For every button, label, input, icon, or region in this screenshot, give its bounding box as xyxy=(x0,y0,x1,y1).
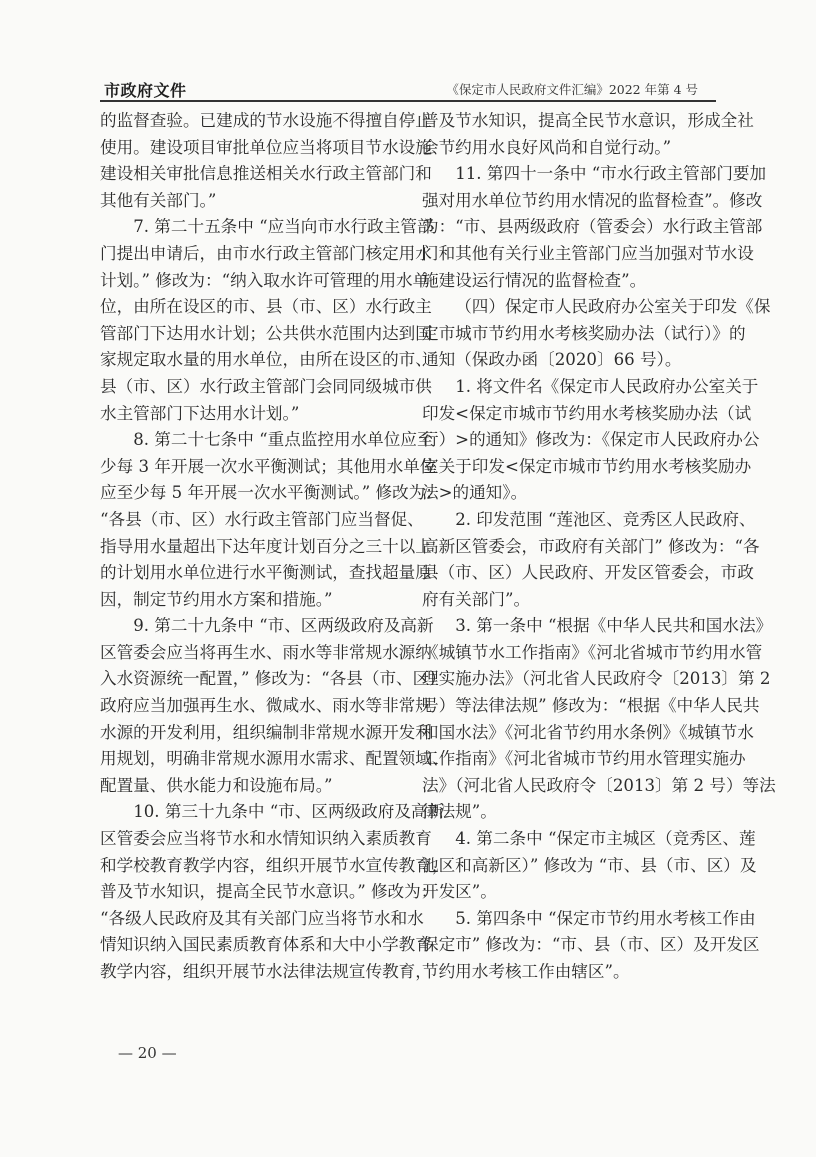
section-title: 市政府文件 xyxy=(104,78,187,101)
text-line: 开发区”。 xyxy=(422,879,714,906)
text-line: 其他有关部门。” xyxy=(100,188,418,215)
page-number: — 20 — xyxy=(118,1044,177,1062)
text-line: 会节约用水良好风尚和自觉行动。” xyxy=(422,135,714,162)
text-line: 号）等法律法规” 修改为：“根据《中华人民共 xyxy=(422,693,714,720)
text-line: 因，制定节约用水方案和措施。” xyxy=(100,587,418,614)
text-line: 《城镇节水工作指南》《河北省城市节约用水管 xyxy=(422,640,714,667)
paragraph: 5. 第四条中 “保定市节约用水考核工作由保定市” 修改为：“市、县（市、区）及… xyxy=(422,906,714,986)
text-line: 和学校教育教学内容，组织开展节水宣传教育， xyxy=(100,853,418,880)
text-line: 保定市” 修改为：“市、县（市、区）及开发区 xyxy=(422,932,714,959)
text-line: 强对用水单位节约用水情况的监督检查”。修改 xyxy=(422,188,714,215)
text-line: “各级人民政府及其有关部门应当将节水和水 xyxy=(100,906,418,933)
right-column: 普及节水知识，提高全民节水意识，形成全社会节约用水良好风尚和自觉行动。”11. … xyxy=(422,108,714,986)
text-line: 配置量、供水能力和设施布局。” xyxy=(100,773,418,800)
text-line: 应至少每 5 年开展一次水平衡测试。” 修改为： xyxy=(100,480,418,507)
text-line: 1. 将文件名《保定市人民政府办公室关于 xyxy=(422,374,714,401)
text-line: 政府应当加强再生水、微咸水、雨水等非常规 xyxy=(100,693,418,720)
text-line: 位，由所在设区的市、县（市、区）水行政主 xyxy=(100,294,418,321)
text-line: 池区和高新区）” 修改为 “市、县（市、区）及 xyxy=(422,853,714,880)
text-line: 用规划，明确非常规水源用水需求、配置领域、 xyxy=(100,746,418,773)
text-line: 7. 第二十五条中 “应当向市水行政主管部 xyxy=(100,214,418,241)
text-line: 为：“市、县两级政府（管委会）水行政主管部 xyxy=(422,214,714,241)
paragraph: 2. 印发范围 “莲池区、竞秀区人民政府、高新区管委会，市政府有关部门” 修改为… xyxy=(422,507,714,613)
text-line: 10. 第三十九条中 “市、区两级政府及高新 xyxy=(100,799,418,826)
text-line: 高新区管委会，市政府有关部门” 修改为：“各 xyxy=(422,534,714,561)
paragraph: 10. 第三十九条中 “市、区两级政府及高新区管委会应当将节水和水情知识纳入素质… xyxy=(100,799,418,985)
paragraph: 4. 第二条中 “保定市主城区（竞秀区、莲池区和高新区）” 修改为 “市、县（市… xyxy=(422,826,714,906)
paragraph: 9. 第二十九条中 “市、区两级政府及高新区管委会应当将再生水、雨水等非常规水源… xyxy=(100,613,418,799)
running-header: 市政府文件 《保定市人民政府文件汇编》2022 年第 4 号 xyxy=(100,78,716,100)
text-line: 室关于印发<保定市城市节约用水考核奖励办 xyxy=(422,454,714,481)
text-line: 区管委会应当将节水和水情知识纳入素质教育 xyxy=(100,826,418,853)
paragraph: 1. 将文件名《保定市人民政府办公室关于印发<保定市城市节约用水考核奖励办法（试… xyxy=(422,374,714,507)
text-line: 府有关部门”。 xyxy=(422,587,714,614)
left-column: 的监督查验。已建成的节水设施不得擅自停止使用。建设项目审批单位应当将项目节水设施… xyxy=(100,108,418,986)
text-line: 少每 3 年开展一次水平衡测试；其他用水单位 xyxy=(100,454,418,481)
text-line: 教学内容，组织开展节水法律法规宣传教育， xyxy=(100,959,418,986)
text-line: 计划。” 修改为：“纳入取水许可管理的用水单 xyxy=(100,268,418,295)
header-rule xyxy=(100,100,716,102)
text-line: 建设相关审批信息推送相关水行政主管部门和 xyxy=(100,161,418,188)
paragraph: 普及节水知识，提高全民节水意识，形成全社会节约用水良好风尚和自觉行动。” xyxy=(422,108,714,161)
paragraph: 的监督查验。已建成的节水设施不得擅自停止使用。建设项目审批单位应当将项目节水设施… xyxy=(100,108,418,214)
text-line: 水源的开发利用，组织编制非常规水源开发利 xyxy=(100,720,418,747)
text-line: 门和其他有关行业主管部门应当加强对节水设 xyxy=(422,241,714,268)
text-line: 法>的通知》。 xyxy=(422,480,714,507)
text-line: 县（市、区）人民政府、开发区管委会，市政 xyxy=(422,560,714,587)
text-line: “各县（市、区）水行政主管部门应当督促、 xyxy=(100,507,418,534)
publication-title: 《保定市人民政府文件汇编》2022 年第 4 号 xyxy=(446,80,698,98)
text-line: 普及节水知识，提高全民节水意识。” 修改为： xyxy=(100,879,418,906)
text-line: 11. 第四十一条中 “市水行政主管部门要加 xyxy=(422,161,714,188)
text-line: 工作指南》《河北省城市节约用水管理实施办 xyxy=(422,746,714,773)
text-line: 普及节水知识，提高全民节水意识，形成全社 xyxy=(422,108,714,135)
text-line: 入水资源统一配置，” 修改为：“各县（市、区） xyxy=(100,666,418,693)
text-line: （四）保定市人民政府办公室关于印发《保 xyxy=(422,294,714,321)
text-line: 家规定取水量的用水单位，由所在设区的市、 xyxy=(100,347,418,374)
text-line: 8. 第二十七条中 “重点监控用水单位应至 xyxy=(100,427,418,454)
text-line: 水主管部门下达用水计划。” xyxy=(100,401,418,428)
text-line: 区管委会应当将再生水、雨水等非常规水源纳 xyxy=(100,640,418,667)
text-line: 管部门下达用水计划；公共供水范围内达到国 xyxy=(100,321,418,348)
text-line: 定市城市节约用水考核奖励办法（试行）》的 xyxy=(422,321,714,348)
text-line: 法》（河北省人民政府令〔2013〕第 2 号）等法 xyxy=(422,773,714,800)
text-line: 使用。建设项目审批单位应当将项目节水设施 xyxy=(100,135,418,162)
paragraph: 8. 第二十七条中 “重点监控用水单位应至少每 3 年开展一次水平衡测试；其他用… xyxy=(100,427,418,613)
document-page: 市政府文件 《保定市人民政府文件汇编》2022 年第 4 号 的监督查验。已建成… xyxy=(0,0,816,1157)
text-line: 2. 印发范围 “莲池区、竞秀区人民政府、 xyxy=(422,507,714,534)
text-line: 5. 第四条中 “保定市节约用水考核工作由 xyxy=(422,906,714,933)
text-line: 4. 第二条中 “保定市主城区（竞秀区、莲 xyxy=(422,826,714,853)
paragraph: 3. 第一条中 “根据《中华人民共和国水法》《城镇节水工作指南》《河北省城市节约… xyxy=(422,613,714,826)
text-line: 县（市、区）水行政主管部门会同同级城市供 xyxy=(100,374,418,401)
text-line: 律法规”。 xyxy=(422,799,714,826)
text-line: 9. 第二十九条中 “市、区两级政府及高新 xyxy=(100,613,418,640)
text-line: 施建设运行情况的监督检查”。 xyxy=(422,268,714,295)
paragraph: （四）保定市人民政府办公室关于印发《保定市城市节约用水考核奖励办法（试行）》的通… xyxy=(422,294,714,374)
text-line: 的监督查验。已建成的节水设施不得擅自停止 xyxy=(100,108,418,135)
text-line: 门提出申请后，由市水行政主管部门核定用水 xyxy=(100,241,418,268)
text-line: 行）>的通知》修改为：《保定市人民政府办公 xyxy=(422,427,714,454)
text-line: 的计划用水单位进行水平衡测试，查找超量原 xyxy=(100,560,418,587)
text-line: 印发<保定市城市节约用水考核奖励办法（试 xyxy=(422,401,714,428)
paragraph: 7. 第二十五条中 “应当向市水行政主管部门提出申请后，由市水行政主管部门核定用… xyxy=(100,214,418,427)
text-line: 节约用水考核工作由辖区”。 xyxy=(422,959,714,986)
text-line: 指导用水量超出下达年度计划百分之三十以上 xyxy=(100,534,418,561)
paragraph: 11. 第四十一条中 “市水行政主管部门要加强对用水单位节约用水情况的监督检查”… xyxy=(422,161,714,294)
text-line: 3. 第一条中 “根据《中华人民共和国水法》 xyxy=(422,613,714,640)
text-line: 通知（保政办函〔2020〕66 号）。 xyxy=(422,347,714,374)
text-line: 和国水法》《河北省节约用水条例》《城镇节水 xyxy=(422,720,714,747)
text-line: 理实施办法》（河北省人民政府令〔2013〕第 2 xyxy=(422,666,714,693)
text-line: 情知识纳入国民素质教育体系和大中小学教育 xyxy=(100,932,418,959)
